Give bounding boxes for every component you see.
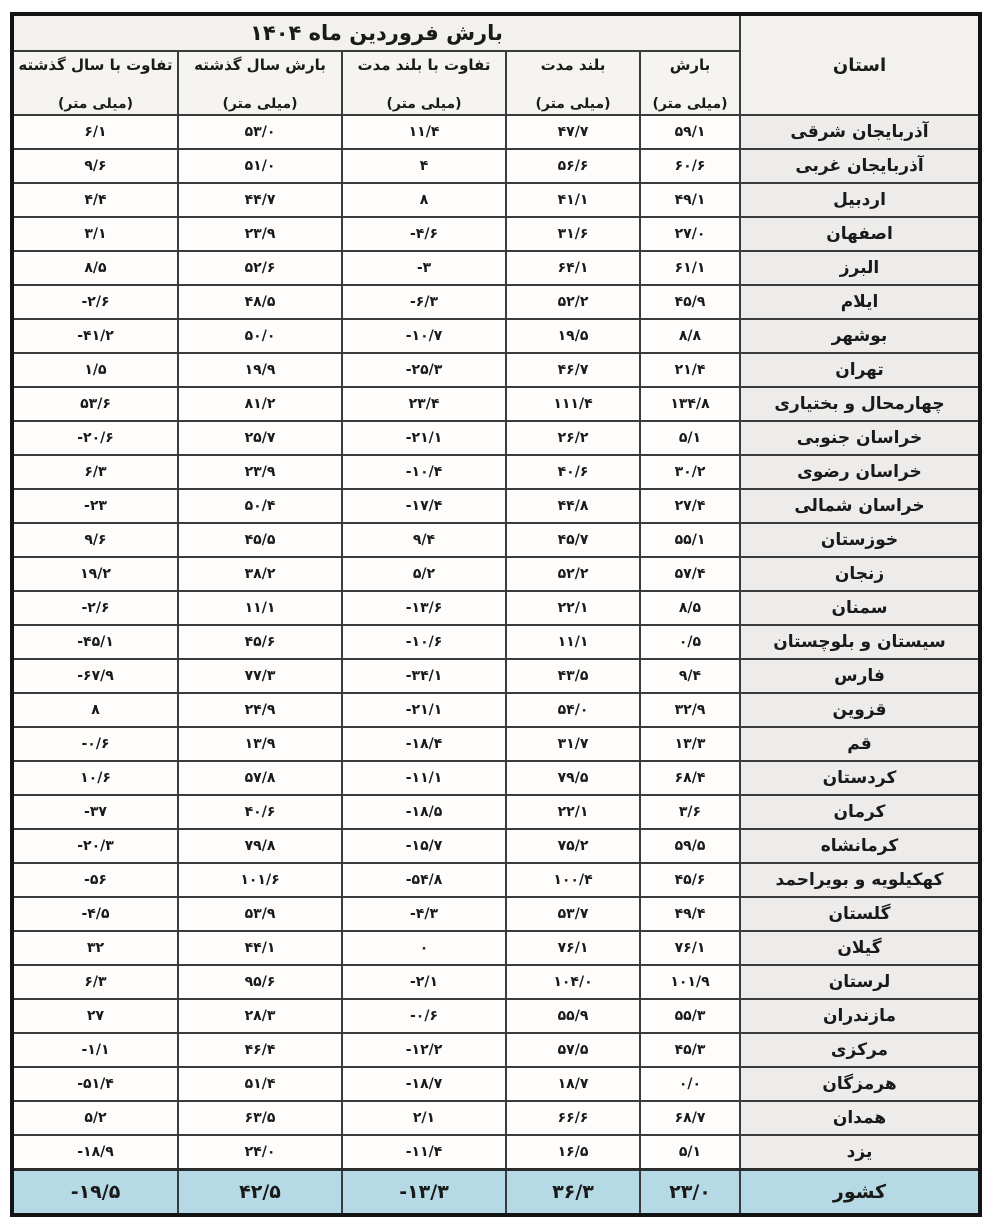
precip-value: ۳/۶ [640,795,740,829]
precip-value: ۶۸/۴ [640,761,740,795]
total-diff-lastyear-value: -۱۹/۵ [12,1170,178,1216]
lastyear-value: ۴۵/۶ [178,625,342,659]
longterm-value: ۱۱/۱ [506,625,640,659]
lastyear-value: ۵۲/۶ [178,251,342,285]
column-header-province: استان [740,14,980,115]
longterm-value: ۳۱/۶ [506,217,640,251]
diff-lastyear-value: ۳۲ [12,931,178,965]
table-row: کردستان ۶۸/۴ ۷۹/۵ -۱۱/۱ ۵۷/۸ ۱۰/۶ [12,761,980,795]
precip-value: ۵/۱ [640,421,740,455]
diff-lastyear-value: -۵۱/۴ [12,1067,178,1101]
precip-value: ۴۹/۱ [640,183,740,217]
longterm-value: ۴۶/۷ [506,353,640,387]
precip-value: ۰/۰ [640,1067,740,1101]
province-name: خوزستان [740,523,980,557]
diff-longterm-value: -۱۰/۴ [342,455,506,489]
longterm-value: ۱۱۱/۴ [506,387,640,421]
table-row: مازندران ۵۵/۳ ۵۵/۹ -۰/۶ ۲۸/۳ ۲۷ [12,999,980,1033]
longterm-value: ۱۰۴/۰ [506,965,640,999]
diff-lastyear-value: -۲/۶ [12,285,178,319]
table-row: همدان ۶۸/۷ ۶۶/۶ ۲/۱ ۶۳/۵ ۵/۲ [12,1101,980,1135]
lastyear-value: ۱۰۱/۶ [178,863,342,897]
table-row: خراسان رضوی ۳۰/۲ ۴۰/۶ -۱۰/۴ ۲۳/۹ ۶/۳ [12,455,980,489]
lastyear-value: ۶۳/۵ [178,1101,342,1135]
lastyear-value: ۳۸/۲ [178,557,342,591]
diff-longterm-value: ۲۳/۴ [342,387,506,421]
diff-longterm-value: -۱۰/۶ [342,625,506,659]
lastyear-value: ۸۱/۲ [178,387,342,421]
diff-lastyear-value: -۱۸/۹ [12,1135,178,1170]
lastyear-value: ۵۰/۰ [178,319,342,353]
precip-value: ۸/۵ [640,591,740,625]
precip-value: ۲۷/۴ [640,489,740,523]
lastyear-value: ۷۹/۸ [178,829,342,863]
diff-lastyear-value: -۲۰/۳ [12,829,178,863]
province-name: کهکیلویه و بویراحمد [740,863,980,897]
precip-value: ۶۱/۱ [640,251,740,285]
diff-longterm-value: ۰ [342,931,506,965]
diff-lastyear-value: -۲۰/۶ [12,421,178,455]
precip-value: ۹/۴ [640,659,740,693]
province-name: سمنان [740,591,980,625]
column-label: بلند مدت [509,56,637,74]
precip-value: ۵۹/۱ [640,115,740,149]
table-row: سیستان و بلوچستان ۰/۵ ۱۱/۱ -۱۰/۶ ۴۵/۶ -۴… [12,625,980,659]
table-row: ایلام ۴۵/۹ ۵۲/۲ -۶/۳ ۴۸/۵ -۲/۶ [12,285,980,319]
precip-value: ۴۵/۶ [640,863,740,897]
diff-lastyear-value: ۹/۶ [12,149,178,183]
precip-value: ۱۰۱/۹ [640,965,740,999]
diff-lastyear-value: ۶/۳ [12,455,178,489]
lastyear-value: ۴۵/۵ [178,523,342,557]
longterm-value: ۵۴/۰ [506,693,640,727]
diff-longterm-value: -۱۲/۲ [342,1033,506,1067]
diff-lastyear-value: -۶۷/۹ [12,659,178,693]
province-name: ایلام [740,285,980,319]
diff-longterm-value: -۴/۳ [342,897,506,931]
province-name: مازندران [740,999,980,1033]
lastyear-value: ۲۵/۷ [178,421,342,455]
column-unit: (میلی متر) [345,96,503,112]
province-name: بوشهر [740,319,980,353]
lastyear-value: ۱۳/۹ [178,727,342,761]
precip-value: ۴۵/۹ [640,285,740,319]
longterm-value: ۷۶/۱ [506,931,640,965]
longterm-value: ۴۰/۶ [506,455,640,489]
diff-longterm-value: ۴ [342,149,506,183]
province-name: مرکزی [740,1033,980,1067]
total-lastyear-value: ۴۲/۵ [178,1170,342,1216]
longterm-value: ۲۶/۲ [506,421,640,455]
table-row: فارس ۹/۴ ۴۳/۵ -۳۴/۱ ۷۷/۳ -۶۷/۹ [12,659,980,693]
column-header-diff-lastyear: تفاوت با سال گذشته (میلی متر) [12,51,178,115]
lastyear-value: ۵۱/۰ [178,149,342,183]
precip-value: ۵۵/۱ [640,523,740,557]
province-name: آذربایجان شرقی [740,115,980,149]
lastyear-value: ۲۳/۹ [178,455,342,489]
table-row: خراسان جنوبی ۵/۱ ۲۶/۲ -۲۱/۱ ۲۵/۷ -۲۰/۶ [12,421,980,455]
longterm-value: ۱۶/۵ [506,1135,640,1170]
table-row: چهارمحال و بختیاری ۱۳۴/۸ ۱۱۱/۴ ۲۳/۴ ۸۱/۲… [12,387,980,421]
column-header-longterm: بلند مدت (میلی متر) [506,51,640,115]
table-row: کهکیلویه و بویراحمد ۴۵/۶ ۱۰۰/۴ -۵۴/۸ ۱۰۱… [12,863,980,897]
longterm-value: ۴۷/۷ [506,115,640,149]
diff-longterm-value: -۱۳/۶ [342,591,506,625]
longterm-value: ۲۲/۱ [506,795,640,829]
longterm-value: ۱۹/۵ [506,319,640,353]
lastyear-value: ۵۱/۴ [178,1067,342,1101]
province-name: گلستان [740,897,980,931]
diff-lastyear-value: ۳/۱ [12,217,178,251]
longterm-value: ۵۷/۵ [506,1033,640,1067]
diff-lastyear-value: ۸/۵ [12,251,178,285]
table-row: کرمان ۳/۶ ۲۲/۱ -۱۸/۵ ۴۰/۶ -۳۷ [12,795,980,829]
longterm-value: ۶۶/۶ [506,1101,640,1135]
diff-longterm-value: -۱۱/۴ [342,1135,506,1170]
province-rows: آذربایجان شرقی ۵۹/۱ ۴۷/۷ ۱۱/۴ ۵۳/۰ ۶/۱ آ… [12,115,980,1170]
diff-longterm-value: ۱۱/۴ [342,115,506,149]
diff-longterm-value: -۶/۳ [342,285,506,319]
longterm-value: ۵۲/۲ [506,285,640,319]
diff-lastyear-value: ۶/۱ [12,115,178,149]
diff-longterm-value: -۵۴/۸ [342,863,506,897]
province-name: اصفهان [740,217,980,251]
longterm-value: ۲۲/۱ [506,591,640,625]
lastyear-value: ۵۳/۰ [178,115,342,149]
province-name: تهران [740,353,980,387]
total-precip-value: ۲۳/۰ [640,1170,740,1216]
diff-lastyear-value: ۴/۴ [12,183,178,217]
longterm-value: ۵۲/۲ [506,557,640,591]
province-name: خراسان جنوبی [740,421,980,455]
province-name: زنجان [740,557,980,591]
province-name: کرمان [740,795,980,829]
column-header-lastyear: بارش سال گذشته (میلی متر) [178,51,342,115]
lastyear-value: ۹۵/۶ [178,965,342,999]
diff-longterm-value: ۹/۴ [342,523,506,557]
country-total-label: کشور [740,1170,980,1216]
table-row: اردبیل ۴۹/۱ ۴۱/۱ ۸ ۴۴/۷ ۴/۴ [12,183,980,217]
lastyear-value: ۵۷/۸ [178,761,342,795]
lastyear-value: ۱۱/۱ [178,591,342,625]
precip-value: ۵/۱ [640,1135,740,1170]
diff-longterm-value: -۰/۶ [342,999,506,1033]
precip-value: ۷۶/۱ [640,931,740,965]
diff-lastyear-value: ۱۹/۲ [12,557,178,591]
lastyear-value: ۵۳/۹ [178,897,342,931]
precip-value: ۳۰/۲ [640,455,740,489]
lastyear-value: ۲۴/۹ [178,693,342,727]
diff-longterm-value: -۲۱/۱ [342,421,506,455]
longterm-value: ۱۸/۷ [506,1067,640,1101]
table-row: کرمانشاه ۵۹/۵ ۷۵/۲ -۱۵/۷ ۷۹/۸ -۲۰/۳ [12,829,980,863]
diff-longterm-value: ۵/۲ [342,557,506,591]
longterm-value: ۴۱/۱ [506,183,640,217]
rainfall-table: استان بارش فروردین ماه ۱۴۰۴ بارش (میلی م… [10,12,982,1217]
total-longterm-value: ۳۶/۳ [506,1170,640,1216]
province-name: کرمانشاه [740,829,980,863]
column-unit: (میلی متر) [643,96,737,112]
table-row: آذربایجان شرقی ۵۹/۱ ۴۷/۷ ۱۱/۴ ۵۳/۰ ۶/۱ [12,115,980,149]
diff-lastyear-value: ۵۳/۶ [12,387,178,421]
precip-value: ۱۳۴/۸ [640,387,740,421]
diff-longterm-value: -۳۴/۱ [342,659,506,693]
column-header-diff-longterm: تفاوت با بلند مدت (میلی متر) [342,51,506,115]
diff-lastyear-value: ۲۷ [12,999,178,1033]
diff-longterm-value: -۳ [342,251,506,285]
diff-lastyear-value: -۴/۵ [12,897,178,931]
diff-lastyear-value: -۵۶ [12,863,178,897]
table-row: مرکزی ۴۵/۳ ۵۷/۵ -۱۲/۲ ۴۶/۴ -۱/۱ [12,1033,980,1067]
lastyear-value: ۲۳/۹ [178,217,342,251]
table-row: زنجان ۵۷/۴ ۵۲/۲ ۵/۲ ۳۸/۲ ۱۹/۲ [12,557,980,591]
province-name: یزد [740,1135,980,1170]
column-label: بارش سال گذشته [181,56,339,74]
precip-value: ۴۹/۴ [640,897,740,931]
province-name: هرمزگان [740,1067,980,1101]
precip-value: ۲۱/۴ [640,353,740,387]
table-row: گیلان ۷۶/۱ ۷۶/۱ ۰ ۴۴/۱ ۳۲ [12,931,980,965]
precip-value: ۵۷/۴ [640,557,740,591]
province-name: آذربایجان غربی [740,149,980,183]
table-row: لرستان ۱۰۱/۹ ۱۰۴/۰ -۲/۱ ۹۵/۶ ۶/۳ [12,965,980,999]
diff-lastyear-value: -۱/۱ [12,1033,178,1067]
longterm-value: ۵۶/۶ [506,149,640,183]
diff-longterm-value: -۱۰/۷ [342,319,506,353]
province-name: فارس [740,659,980,693]
province-name: کردستان [740,761,980,795]
province-name: خراسان شمالی [740,489,980,523]
column-unit: (میلی متر) [509,96,637,112]
longterm-value: ۷۹/۵ [506,761,640,795]
total-diff-longterm-value: -۱۳/۳ [342,1170,506,1216]
diff-lastyear-value: ۶/۳ [12,965,178,999]
diff-lastyear-value: ۱۰/۶ [12,761,178,795]
longterm-value: ۴۳/۵ [506,659,640,693]
longterm-value: ۵۵/۹ [506,999,640,1033]
precip-value: ۰/۵ [640,625,740,659]
diff-longterm-value: -۲۵/۳ [342,353,506,387]
precip-value: ۵۵/۳ [640,999,740,1033]
province-name: اردبیل [740,183,980,217]
longterm-value: ۶۴/۱ [506,251,640,285]
table-row: قزوین ۳۲/۹ ۵۴/۰ -۲۱/۱ ۲۴/۹ ۸ [12,693,980,727]
diff-lastyear-value: -۴۵/۱ [12,625,178,659]
diff-lastyear-value: -۲/۶ [12,591,178,625]
longterm-value: ۴۴/۸ [506,489,640,523]
column-label: تفاوت با بلند مدت [345,56,503,74]
precip-value: ۵۹/۵ [640,829,740,863]
diff-longterm-value: ۸ [342,183,506,217]
table-row: بوشهر ۸/۸ ۱۹/۵ -۱۰/۷ ۵۰/۰ -۴۱/۲ [12,319,980,353]
province-name: گیلان [740,931,980,965]
lastyear-value: ۴۰/۶ [178,795,342,829]
lastyear-value: ۲۸/۳ [178,999,342,1033]
lastyear-value: ۴۴/۱ [178,931,342,965]
diff-longterm-value: -۱۷/۴ [342,489,506,523]
precip-value: ۱۳/۳ [640,727,740,761]
lastyear-value: ۱۹/۹ [178,353,342,387]
diff-longterm-value: -۱۱/۱ [342,761,506,795]
table-row: آذربایجان غربی ۶۰/۶ ۵۶/۶ ۴ ۵۱/۰ ۹/۶ [12,149,980,183]
longterm-value: ۵۳/۷ [506,897,640,931]
precip-value: ۸/۸ [640,319,740,353]
diff-lastyear-value: ۱/۵ [12,353,178,387]
diff-longterm-value: -۱۵/۷ [342,829,506,863]
diff-longterm-value: -۲/۱ [342,965,506,999]
longterm-value: ۳۱/۷ [506,727,640,761]
diff-lastyear-value: -۴۱/۲ [12,319,178,353]
table-row: تهران ۲۱/۴ ۴۶/۷ -۲۵/۳ ۱۹/۹ ۱/۵ [12,353,980,387]
precip-value: ۴۵/۳ [640,1033,740,1067]
rainfall-table-container: استان بارش فروردین ماه ۱۴۰۴ بارش (میلی م… [10,12,982,1217]
diff-lastyear-value: -۳۷ [12,795,178,829]
table-row: خراسان شمالی ۲۷/۴ ۴۴/۸ -۱۷/۴ ۵۰/۴ -۲۳ [12,489,980,523]
lastyear-value: ۲۴/۰ [178,1135,342,1170]
province-name: قزوین [740,693,980,727]
column-unit: (میلی متر) [181,96,339,112]
diff-longterm-value: -۱۸/۴ [342,727,506,761]
column-header-precip: بارش (میلی متر) [640,51,740,115]
lastyear-value: ۴۸/۵ [178,285,342,319]
table-row: اصفهان ۲۷/۰ ۳۱/۶ -۴/۶ ۲۳/۹ ۳/۱ [12,217,980,251]
diff-longterm-value: -۲۱/۱ [342,693,506,727]
diff-lastyear-value: ۹/۶ [12,523,178,557]
diff-lastyear-value: ۸ [12,693,178,727]
diff-longterm-value: ۲/۱ [342,1101,506,1135]
diff-longterm-value: -۴/۶ [342,217,506,251]
lastyear-value: ۴۶/۴ [178,1033,342,1067]
lastyear-value: ۷۷/۳ [178,659,342,693]
title-row: استان بارش فروردین ماه ۱۴۰۴ [12,14,980,51]
lastyear-value: ۴۴/۷ [178,183,342,217]
country-total-row: کشور ۲۳/۰ ۳۶/۳ -۱۳/۳ ۴۲/۵ -۱۹/۵ [12,1170,980,1216]
column-label: بارش [643,56,737,74]
column-unit: (میلی متر) [16,96,175,112]
longterm-value: ۱۰۰/۴ [506,863,640,897]
precip-value: ۶۸/۷ [640,1101,740,1135]
precip-value: ۶۰/۶ [640,149,740,183]
table-title: بارش فروردین ماه ۱۴۰۴ [12,14,740,51]
table-row: قم ۱۳/۳ ۳۱/۷ -۱۸/۴ ۱۳/۹ -۰/۶ [12,727,980,761]
table-row: یزد ۵/۱ ۱۶/۵ -۱۱/۴ ۲۴/۰ -۱۸/۹ [12,1135,980,1170]
diff-lastyear-value: ۵/۲ [12,1101,178,1135]
province-name: البرز [740,251,980,285]
table-row: گلستان ۴۹/۴ ۵۳/۷ -۴/۳ ۵۳/۹ -۴/۵ [12,897,980,931]
table-row: خوزستان ۵۵/۱ ۴۵/۷ ۹/۴ ۴۵/۵ ۹/۶ [12,523,980,557]
column-label: تفاوت با سال گذشته [16,56,175,74]
diff-longterm-value: -۱۸/۷ [342,1067,506,1101]
province-name: قم [740,727,980,761]
province-name: چهارمحال و بختیاری [740,387,980,421]
longterm-value: ۷۵/۲ [506,829,640,863]
table-row: هرمزگان ۰/۰ ۱۸/۷ -۱۸/۷ ۵۱/۴ -۵۱/۴ [12,1067,980,1101]
precip-value: ۲۷/۰ [640,217,740,251]
province-name: خراسان رضوی [740,455,980,489]
table-row: سمنان ۸/۵ ۲۲/۱ -۱۳/۶ ۱۱/۱ -۲/۶ [12,591,980,625]
province-name: لرستان [740,965,980,999]
diff-lastyear-value: -۲۳ [12,489,178,523]
lastyear-value: ۵۰/۴ [178,489,342,523]
diff-longterm-value: -۱۸/۵ [342,795,506,829]
table-row: البرز ۶۱/۱ ۶۴/۱ -۳ ۵۲/۶ ۸/۵ [12,251,980,285]
province-name: همدان [740,1101,980,1135]
diff-lastyear-value: -۰/۶ [12,727,178,761]
longterm-value: ۴۵/۷ [506,523,640,557]
province-name: سیستان و بلوچستان [740,625,980,659]
precip-value: ۳۲/۹ [640,693,740,727]
